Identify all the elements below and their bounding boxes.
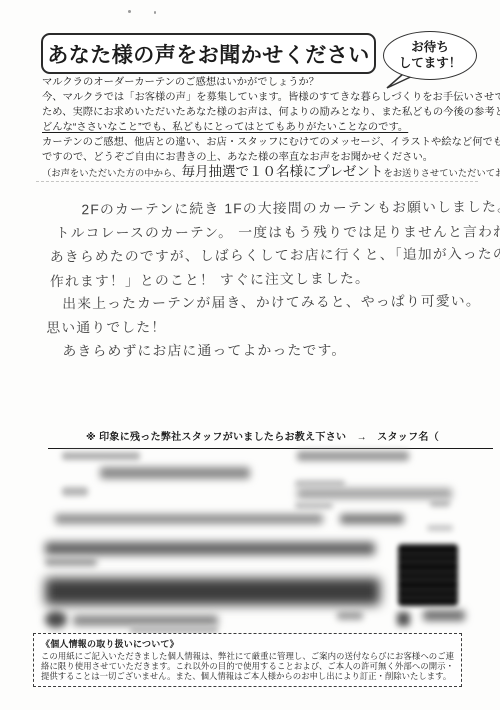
redacted-text [340, 514, 404, 524]
redacted-text [295, 502, 333, 509]
staff-name-prompt: ※ 印象に残った弊社スタッフがいましたらお教え下さい → スタッフ名（） [48, 428, 493, 449]
redacted-text [297, 451, 409, 461]
redacted-text [430, 499, 450, 507]
redacted-text [62, 452, 140, 460]
handwritten-line: 2Fのカーテンに続き 1Fの大接間のカーテンもお願いしました。 [45, 196, 465, 223]
speech-bubble-text-2: してます！ [399, 56, 462, 72]
speech-bubble-text-1: お待ち [411, 40, 449, 56]
privacy-policy-box: 《個人情報の取り扱いについて》 この用紙にご記入いただきました個人情報は、弊社に… [33, 633, 462, 687]
redacted-text [45, 558, 97, 566]
handwritten-line: 作れます！」とのこと！ すぐに注文しました。 [46, 266, 466, 294]
redacted-text [55, 514, 323, 524]
prize-prefix: （お声をいただいた方の中から、 [42, 168, 181, 178]
privacy-body: この用紙にご記入いただきました個人情報は、弊社にて厳重に管理し、ご案内の送付なら… [41, 651, 454, 682]
redacted-qr-code [398, 544, 458, 606]
speech-bubble: お待ち してます！ [383, 31, 477, 80]
handwritten-line: 思い通りでした！ [46, 314, 466, 341]
redacted-text [100, 467, 250, 479]
scanned-feedback-form: { "header": { "title": "あなた様の声をお聞かせください"… [0, 0, 500, 710]
intro-paragraph: マルクラのオーダーカーテンのご感想はいかがでしょうか？ 今、マルクラでは「お客様… [42, 76, 482, 181]
redacted-text [337, 611, 363, 620]
redacted-mark [397, 612, 410, 626]
staff-prompt-text: ※ 印象に残った弊社スタッフがいましたらお教え下さい → スタッフ名（ [86, 432, 439, 443]
prize-note: （お声をいただいた方の中から、毎月抽選で１０名様にプレゼントをお送りさせていただ… [42, 165, 482, 181]
redacted-text [73, 615, 218, 626]
intro-line-underlined: どんな“ささいなこと”でも、私どもにとってはとてもありがたいことなのです。 [42, 121, 482, 136]
scan-speck [128, 10, 131, 13]
handwritten-line: あきらめずにお店に通ってよかったです。 [46, 338, 466, 363]
redacted-text [427, 525, 453, 531]
handwritten-message: 2Fのカーテンに続き 1Fの大接間のカーテンもお願いしました。 トルコレースのカ… [45, 196, 466, 364]
handwritten-line: トルコレースのカーテン。 一度はもう残りでは足りませんと言われ [46, 220, 466, 245]
intro-line: 今、マルクラでは「お客様の声」を募集しています。皆様のすてきな暮らしづくりをお手… [42, 91, 482, 106]
handwritten-line: 出来上ったカーテンが届き、かけてみると、やっぱり可愛い。 [46, 290, 466, 317]
redacted-text [297, 488, 452, 499]
scan-speck [154, 11, 156, 14]
ruled-dash-line [36, 181, 478, 182]
prize-suffix: をお送りさせていただいております） [383, 168, 500, 178]
form-title: あなた様の声をお聞かせください [47, 39, 370, 69]
prize-highlight: 毎月抽選で１０名様にプレゼント [181, 164, 383, 179]
redacted-text [423, 610, 465, 621]
intro-line: ため、実際にお求めいただいたあなた様のお声は、何よりの励みとなり、また私どもの今… [42, 106, 482, 121]
intro-line: カーテンのご感想、他店との違い、お店・スタッフにむけてのメッセージ、イラストや絵… [42, 136, 482, 151]
redacted-phone-number [45, 578, 380, 605]
privacy-heading: 《個人情報の取り扱いについて》 [41, 637, 454, 650]
handwritten-line: あきらめたのですが、しばらくしてお店に行くと、「追加が入ったので [46, 243, 466, 270]
form-title-box: あなた様の声をお聞かせください [41, 33, 376, 74]
redacted-logo-mark [45, 611, 67, 628]
redacted-text [130, 626, 218, 633]
redacted-text [45, 542, 375, 555]
redacted-text [62, 487, 88, 496]
redacted-text [295, 480, 345, 487]
